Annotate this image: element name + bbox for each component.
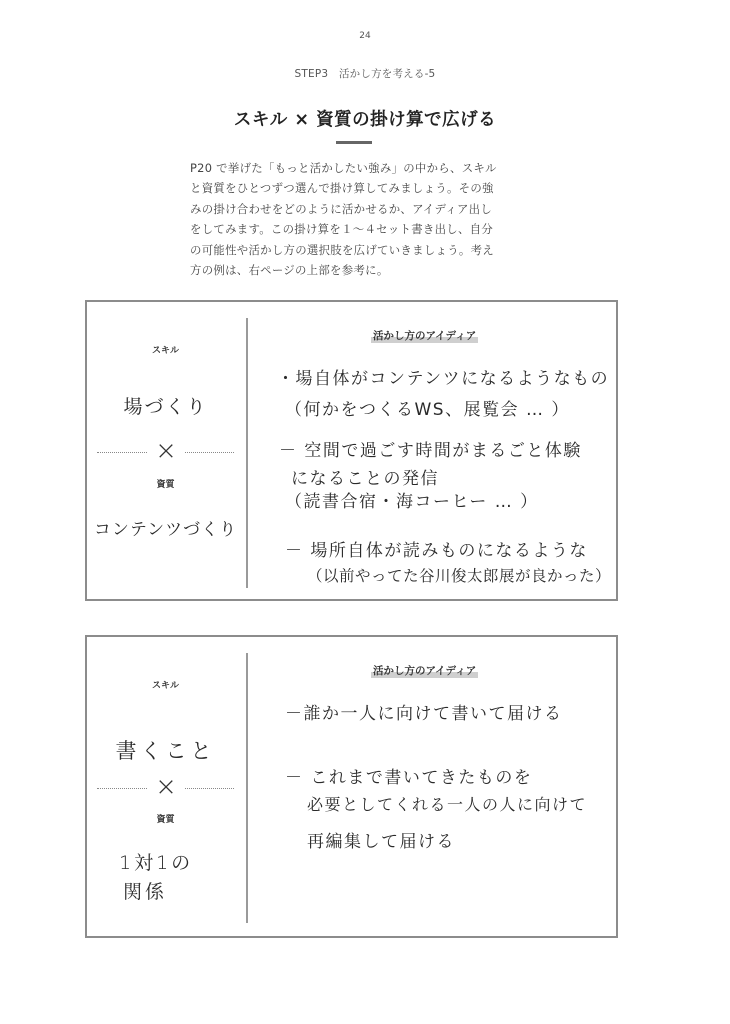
idea-line: になることの発信 [291,464,439,489]
dotted-line-right [185,452,234,453]
page-title: スキル × 資質の掛け算で広げる [0,106,730,131]
idea-line: － 場所自体が読みものになるような [285,536,588,561]
times-icon: × [153,436,179,466]
multiply-row: × [97,778,234,798]
idea-line: － 空間で過ごす時間がまるごと体験 [279,436,582,461]
skill-trait-card-1: スキル 場づくり × 資質 コンテンツづくり 活かし方のアイディア ・場自体がコ… [85,300,618,601]
idea-line: ・場自体がコンテンツになるようなもの [277,364,609,389]
intro-line: P20 で挙げた「もっと活かしたい強み」の中から、スキル [190,158,530,178]
intro-line: の可能性や活かし方の選択肢を広げていきましょう。考え [190,240,530,260]
intro-line: 方の例は、右ページの上部を参考に。 [190,260,530,280]
ideas-title: 活かし方のアイディア [371,328,478,343]
skill-label: スキル [87,678,244,691]
step-label: STEP3 活かし方を考える-5 [0,66,730,81]
idea-line: 再編集して届ける [307,827,455,852]
skill-label: スキル [87,343,244,356]
intro-line: をしてみます。この掛け算を１～４セット書き出し、自分 [190,219,530,239]
trait-label: 資質 [87,477,244,490]
trait-value-line: 関係 [123,877,167,904]
title-underline [336,141,372,144]
idea-line: －誰か一人に向けて書いて届ける [285,699,563,724]
multiply-row: × [97,442,234,462]
ideas-title: 活かし方のアイディア [371,663,478,678]
idea-line: （何かをつくるWS、展覧会 … ） [285,395,570,420]
trait-label: 資質 [87,812,244,825]
idea-line: 必要としてくれる一人の人に向けて [307,792,587,815]
dotted-line-left [97,452,147,453]
card-divider [246,318,248,588]
page-number: 24 [0,31,730,41]
idea-line: （以前やってた谷川俊太郎展が良かった） [307,564,611,586]
skill-value: 場づくり [87,392,244,419]
intro-line: みの掛け合わせをどのように活かせるか、アイディア出し [190,199,530,219]
intro-line: と資質をひとつずつ選んで掛け算してみましょう。その強 [190,178,530,198]
idea-line: － これまで書いてきたものを [285,763,532,788]
trait-value-line: 1対1の [119,848,193,875]
trait-value: コンテンツづくり [87,515,244,540]
skill-value: 書くこと [87,735,244,765]
dotted-line-left [97,788,147,789]
intro-paragraph: P20 で挙げた「もっと活かしたい強み」の中から、スキル と資質をひとつずつ選ん… [190,158,530,280]
card-divider [246,653,248,923]
times-icon: × [153,772,179,802]
idea-line: （読書合宿・海コーヒー … ） [285,487,539,512]
skill-trait-card-2: スキル 書くこと × 資質 1対1の 関係 活かし方のアイディア －誰か一人に向… [85,635,618,938]
dotted-line-right [185,788,234,789]
